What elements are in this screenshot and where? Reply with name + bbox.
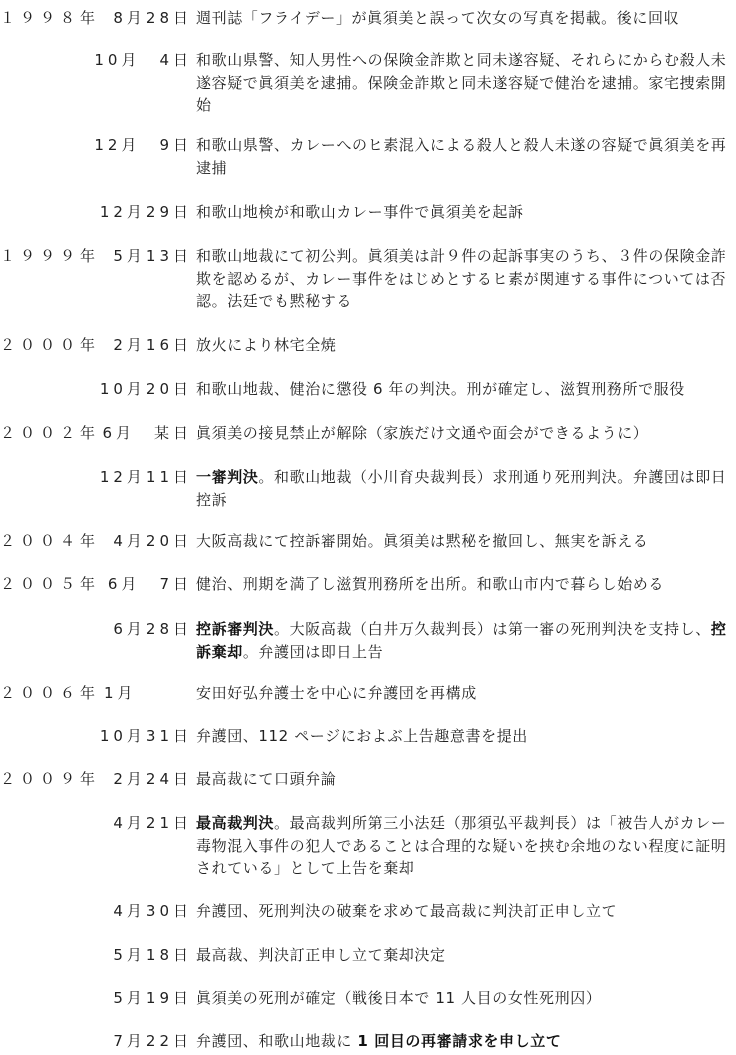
entry-description: 最高裁判決。最高裁判所第三小法廷（那須弘平裁判長）は「被告人がカレー毒物混入事件… <box>196 812 730 880</box>
entry-description: 和歌山県警、知人男性への保険金詐欺と同未遂容疑、それらにからむ殺人未遂容疑で眞須… <box>196 49 730 117</box>
entry-year: １９９８年 <box>0 7 88 29</box>
description-text: 放火により林宅全焼 <box>196 336 336 354</box>
entry-date: 12月 9日 <box>88 134 192 156</box>
entry-date: 4月30日 <box>88 900 192 922</box>
entry-date: 10月20日 <box>88 378 192 400</box>
entry-date: 1月 <box>104 682 208 704</box>
entry-date: 10月31日 <box>88 725 192 747</box>
entry-year: ２００９年 <box>0 768 88 790</box>
entry-description: 和歌山地検が和歌山カレー事件で眞須美を起訴 <box>196 201 730 224</box>
description-text: 和歌山地検が和歌山カレー事件で眞須美を起訴 <box>196 203 524 221</box>
description-text: 最高裁、判決訂正申し立て棄却決定 <box>196 946 446 964</box>
entry-description: 弁護団、死刑判決の破棄を求めて最高裁に判決訂正申し立て <box>196 900 730 923</box>
description-text: 。最高裁判所第三小法廷（那須弘平裁判長）は「被告人がカレー毒物混入事件の犯人であ… <box>196 814 726 877</box>
entry-year: ２００４年 <box>0 530 88 552</box>
description-text: 眞須美の死刑が確定（戦後日本で 11 人目の女性死刑囚） <box>196 989 601 1007</box>
entry-description: 弁護団、112 ページにおよぶ上告趣意書を提出 <box>196 725 730 748</box>
entry-date: 2月24日 <box>88 768 192 790</box>
entry-year: ２００６年 <box>0 682 88 704</box>
entry-date: 6月28日 <box>88 618 192 640</box>
description-text: 週刊誌「フライデー」が眞須美と誤って次女の写真を掲載。後に回収 <box>196 9 679 27</box>
entry-date: 2月16日 <box>88 334 192 356</box>
entry-date: 10月 4日 <box>88 49 192 71</box>
entry-description: 大阪高裁にて控訴審開始。眞須美は黙秘を撤回し、無実を訴える <box>196 530 730 553</box>
entry-description: 最高裁にて口頭弁論 <box>196 768 730 791</box>
emphasized-text: 一審判決 <box>196 468 258 486</box>
description-text: 和歌山地裁、健治に懲役 6 年の判決。刑が確定し、滋賀刑務所で服役 <box>196 380 685 398</box>
entry-date: 5月19日 <box>88 987 192 1009</box>
entry-date: 7月22日 <box>88 1030 192 1052</box>
entry-date: 5月18日 <box>88 944 192 966</box>
description-text: 安田好弘弁護士を中心に弁護団を再構成 <box>196 684 477 702</box>
entry-description: 健治、刑期を満了し滋賀刑務所を出所。和歌山市内で暮らし始める <box>196 573 730 596</box>
description-text: 眞須美の接見禁止が解除（家族だけ文通や面会ができるように） <box>196 424 648 442</box>
entry-date: 5月13日 <box>88 245 192 267</box>
entry-year: ２００２年 <box>0 422 88 444</box>
description-text: 和歌山県警、カレーへのヒ素混入による殺人と殺人未遂の容疑で眞須美を再逮捕 <box>196 136 726 177</box>
entry-description: 控訴審判決。大阪高裁（白井万久裁判長）は第一審の死刑判決を支持し、控訴棄却。弁護… <box>196 618 730 663</box>
entry-description: 弁護団、和歌山地裁に 1 回目の再審請求を申し立て <box>196 1030 730 1053</box>
emphasized-text: 控訴審判決 <box>196 620 274 638</box>
entry-description: 和歌山地裁、健治に懲役 6 年の判決。刑が確定し、滋賀刑務所で服役 <box>196 378 730 401</box>
description-text: 。大阪高裁（白井万久裁判長）は第一審の死刑判決を支持し、 <box>274 620 711 638</box>
entry-date: 8月28日 <box>88 7 192 29</box>
description-text: 。和歌山地裁（小川育央裁判長）求刑通り死刑判決。弁護団は即日控訴 <box>196 468 726 509</box>
entry-description: 放火により林宅全焼 <box>196 334 730 357</box>
description-text: 大阪高裁にて控訴審開始。眞須美は黙秘を撤回し、無実を訴える <box>196 532 648 550</box>
entry-date: 4月21日 <box>88 812 192 834</box>
entry-description: 眞須美の死刑が確定（戦後日本で 11 人目の女性死刑囚） <box>196 987 730 1010</box>
description-text: 和歌山県警、知人男性への保険金詐欺と同未遂容疑、それらにからむ殺人未遂容疑で眞須… <box>196 51 726 114</box>
entry-date: 4月20日 <box>88 530 192 552</box>
entry-year: ２００５年 <box>0 573 88 595</box>
description-text: 和歌山地裁にて初公判。眞須美は計９件の起訴事実のうち、３件の保険金詐欺を認めるが… <box>196 247 726 310</box>
entry-date: 6月 7日 <box>88 573 192 595</box>
entry-description: 週刊誌「フライデー」が眞須美と誤って次女の写真を掲載。後に回収 <box>196 7 730 30</box>
entry-year: １９９９年 <box>0 245 88 267</box>
emphasized-text: 最高裁判決 <box>196 814 274 832</box>
entry-date: 6月 某日 <box>88 422 192 444</box>
entry-description: 和歌山県警、カレーへのヒ素混入による殺人と殺人未遂の容疑で眞須美を再逮捕 <box>196 134 730 179</box>
description-text: 健治、刑期を満了し滋賀刑務所を出所。和歌山市内で暮らし始める <box>196 575 664 593</box>
description-text: 最高裁にて口頭弁論 <box>196 770 336 788</box>
entry-year: ２０００年 <box>0 334 88 356</box>
description-text: 。弁護団は即日上告 <box>243 643 383 661</box>
entry-description: 安田好弘弁護士を中心に弁護団を再構成 <box>196 682 730 705</box>
description-text: 弁護団、死刑判決の破棄を求めて最高裁に判決訂正申し立て <box>196 902 617 920</box>
description-text: 弁護団、和歌山地裁に <box>196 1032 357 1050</box>
entry-description: 和歌山地裁にて初公判。眞須美は計９件の起訴事実のうち、３件の保険金詐欺を認めるが… <box>196 245 730 313</box>
entry-description: 眞須美の接見禁止が解除（家族だけ文通や面会ができるように） <box>196 422 730 445</box>
entry-description: 一審判決。和歌山地裁（小川育央裁判長）求刑通り死刑判決。弁護団は即日控訴 <box>196 466 730 511</box>
entry-date: 12月29日 <box>88 201 192 223</box>
emphasized-text: 1 回目の再審請求を申し立て <box>357 1032 561 1050</box>
description-text: 弁護団、112 ページにおよぶ上告趣意書を提出 <box>196 727 528 745</box>
entry-date: 12月11日 <box>88 466 192 488</box>
entry-description: 最高裁、判決訂正申し立て棄却決定 <box>196 944 730 967</box>
